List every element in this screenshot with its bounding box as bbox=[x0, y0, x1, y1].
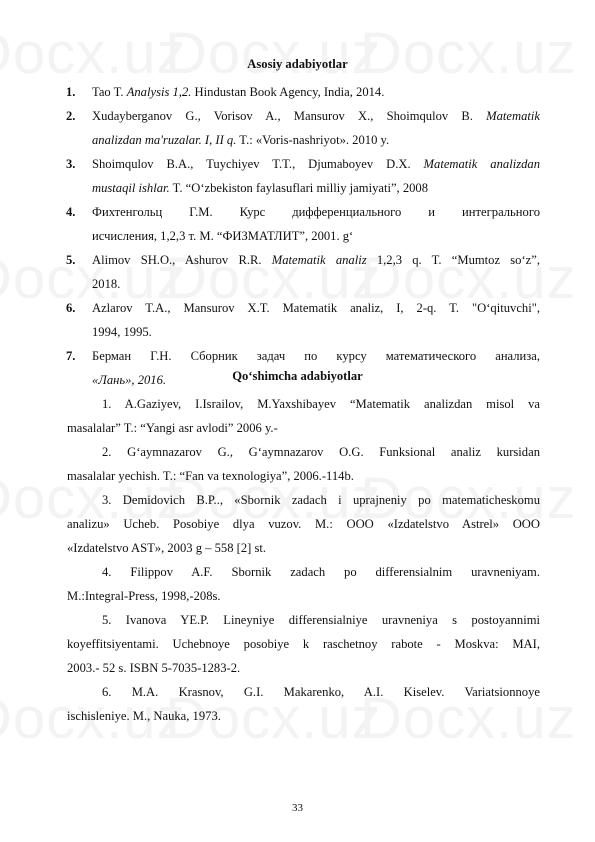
reference-line: 5. Ivanova YE.P. Lineyniye differensialn… bbox=[67, 608, 540, 632]
reference-line: Alimov SH.O., Ashurov R.R. Matematik ana… bbox=[92, 248, 540, 272]
reference-line: 1. A.Gaziyev, I.Israilov, M.Yaxshibayev … bbox=[67, 392, 540, 416]
reference-line: analizdan ma'ruzalar. I, II q. T.: «Vori… bbox=[92, 128, 540, 152]
reference-line: 4. Filippov A.F. Sbornik zadach po diffe… bbox=[67, 560, 540, 584]
reference-number: 4. bbox=[66, 200, 75, 224]
reference-line: 2. G‘aymnazarov G., G‘aymnazarov O.G. Fu… bbox=[67, 440, 540, 464]
reference-number: 2. bbox=[66, 104, 75, 128]
reference-item: 5.Alimov SH.O., Ashurov R.R. Matematik a… bbox=[92, 248, 540, 296]
reference-line: 6. M.A. Krasnov, G.I. Makarenko, A.I. Ki… bbox=[67, 680, 540, 704]
extra-reference-item: 1. A.Gaziyev, I.Israilov, M.Yaxshibayev … bbox=[67, 392, 540, 440]
reference-line: «Izdatelstvo AST», 2003 g – 558 [2] st. bbox=[67, 536, 540, 560]
extra-reference-item: 3. Demidovich B.P.., «Sbornik zadach i u… bbox=[67, 488, 540, 560]
extra-reference-item: 2. G‘aymnazarov G., G‘aymnazarov O.G. Fu… bbox=[67, 440, 540, 488]
reference-line: 1994, 1995. bbox=[92, 320, 540, 344]
extra-reference-item: 4. Filippov A.F. Sbornik zadach po diffe… bbox=[67, 560, 540, 608]
reference-line: masalalar” T.: “Yangi asr avlodi” 2006 y… bbox=[67, 416, 540, 440]
reference-line: Берман Г.Н. Сборник задач по курсу матем… bbox=[92, 344, 540, 368]
reference-line: ischisleniye. M., Nauka, 1973. bbox=[67, 704, 540, 728]
reference-item: 2.Xudayberganov G., Vorisov A., Mansurov… bbox=[92, 104, 540, 152]
reference-number: 7. bbox=[66, 344, 75, 368]
extra-reference-item: 6. M.A. Krasnov, G.I. Makarenko, A.I. Ki… bbox=[67, 680, 540, 728]
reference-line: Azlarov T.A., Mansurov X.T. Matematik an… bbox=[92, 296, 540, 320]
reference-item: 6.Azlarov T.A., Mansurov X.T. Matematik … bbox=[92, 296, 540, 344]
reference-number: 3. bbox=[66, 152, 75, 176]
reference-item: 3.Shoimqulov B.A., Tuychiyev T.T., Djuma… bbox=[92, 152, 540, 200]
main-references-heading: Asosiy adabiyotlar bbox=[0, 57, 595, 72]
reference-line: 2018. bbox=[92, 272, 540, 296]
reference-line: Фихтенгольц Г.М. Курс дифференциального … bbox=[92, 200, 540, 224]
reference-line: Xudayberganov G., Vorisov A., Mansurov X… bbox=[92, 104, 540, 128]
reference-line: Shoimqulov B.A., Tuychiyev T.T., Djumabo… bbox=[92, 152, 540, 176]
document-page: Asosiy adabiyotlar 1.Tao T. Analysis 1,2… bbox=[0, 0, 595, 842]
reference-item: 7.Берман Г.Н. Сборник задач по курсу мат… bbox=[92, 344, 540, 392]
reference-line: mustaqil ishlar. T. “O‘zbekiston faylasu… bbox=[92, 176, 540, 200]
reference-line: masalalar yechish. T.: “Fan va texnologi… bbox=[67, 464, 540, 488]
reference-number: 5. bbox=[66, 248, 75, 272]
reference-item: 1.Tao T. Analysis 1,2. Hindustan Book Ag… bbox=[92, 80, 540, 104]
extra-references-heading: Qo‘shimcha adabiyotlar bbox=[0, 369, 595, 384]
reference-line: 3. Demidovich B.P.., «Sbornik zadach i u… bbox=[67, 488, 540, 512]
reference-line: M.:Integral-Press, 1998,-208s. bbox=[67, 584, 540, 608]
page-number: 33 bbox=[0, 802, 595, 814]
reference-number: 1. bbox=[66, 80, 75, 104]
extra-reference-item: 5. Ivanova YE.P. Lineyniye differensialn… bbox=[67, 608, 540, 680]
reference-line: исчисления, 1,2,3 т. М. “ФИЗМАТЛИТ”, 200… bbox=[92, 224, 540, 248]
reference-number: 6. bbox=[66, 296, 75, 320]
reference-line: Tao T. Analysis 1,2. Hindustan Book Agen… bbox=[92, 80, 540, 104]
reference-line: analizu» Ucheb. Posobiye dlya vuzov. M.:… bbox=[67, 512, 540, 536]
reference-line: koyeffitsiyentami. Uchebnoye posobiye k … bbox=[67, 632, 540, 656]
reference-line: 2003.- 52 s. ISBN 5-7035-1283-2. bbox=[67, 656, 540, 680]
reference-item: 4.Фихтенгольц Г.М. Курс дифференциальног… bbox=[92, 200, 540, 248]
